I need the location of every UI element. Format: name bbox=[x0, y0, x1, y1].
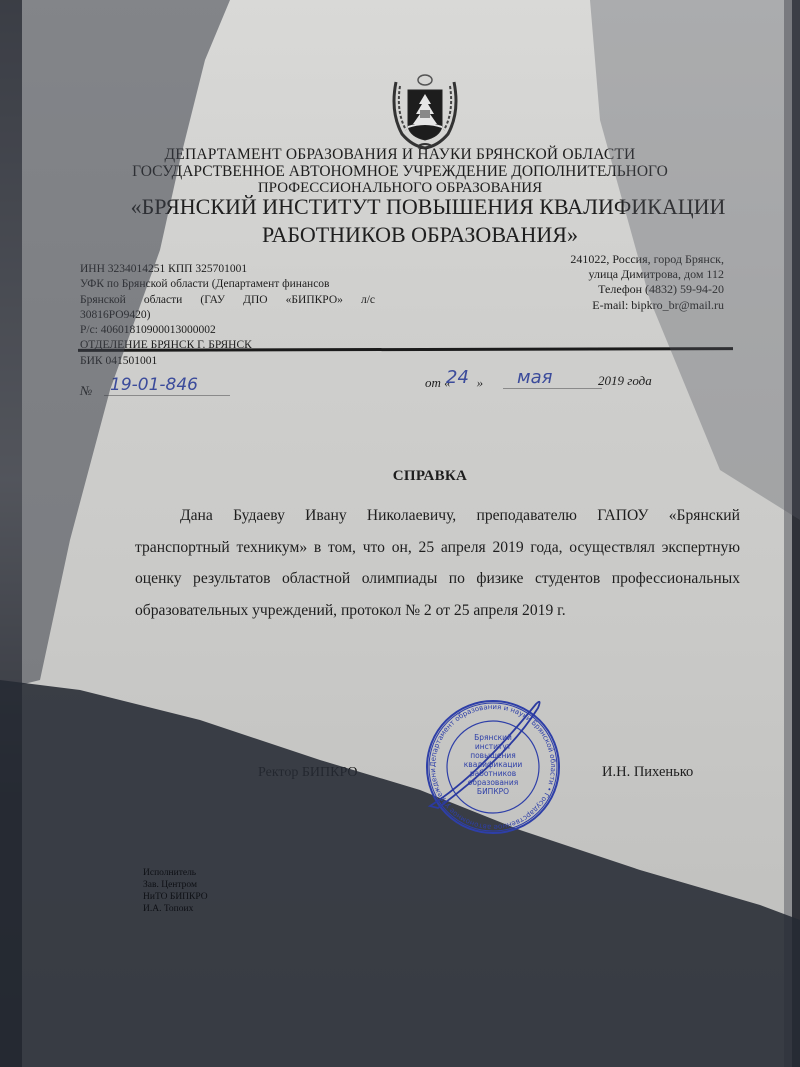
institution-name-line-1: «БРЯНСКИЙ ИНСТИТУТ ПОВЫШЕНИЯ КВАЛИФИКАЦИ… bbox=[28, 194, 800, 220]
reference-number-label: № bbox=[80, 383, 92, 399]
official-stamp-icon: Департамент образования и науки Брянской… bbox=[418, 696, 568, 838]
signatory-position: Ректор БИПКРО bbox=[258, 765, 358, 781]
requisite-line: БИК 041501001 bbox=[80, 354, 375, 369]
contact-address: 241022, Россия, город Брянск, улица Дими… bbox=[570, 252, 724, 313]
institution-name-line-2: РАБОТНИКОВ ОБРАЗОВАНИЯ» bbox=[20, 222, 800, 248]
signatory-name: И.Н. Пихенько bbox=[602, 764, 693, 781]
document-title: СПРАВКА bbox=[0, 468, 800, 485]
requisite-line: 30816РО9420) bbox=[80, 308, 375, 323]
executor-line: Исполнитель bbox=[143, 867, 208, 879]
department-heading: ДЕПАРТАМЕНТ ОБРАЗОВАНИЯ И НАУКИ БРЯНСКОЙ… bbox=[0, 146, 800, 164]
requisite-line: Р/с: 40601810900013000002 bbox=[80, 323, 375, 338]
date-month-handwritten: мая bbox=[503, 367, 602, 389]
date-year: 2019 года bbox=[598, 373, 652, 389]
reference-number-handwritten: 19-01-846 bbox=[104, 375, 230, 396]
executor-line: И.А. Топоих bbox=[143, 903, 208, 915]
executor-line: НиТО БИПКРО bbox=[143, 891, 208, 903]
requisite-line: ИНН 3234014251 КПП 325701001 bbox=[80, 262, 375, 277]
coat-of-arms-icon bbox=[388, 72, 462, 152]
requisite-line: Брянской области (ГАУ ДПО «БИПКРО» л/с bbox=[80, 293, 375, 308]
address-line: улица Димитрова, дом 112 bbox=[570, 267, 724, 282]
svg-text:образования: образования bbox=[468, 778, 518, 787]
executor-block: Исполнитель Зав. Центром НиТО БИПКРО И.А… bbox=[143, 867, 208, 915]
date-day-handwritten: 24 bbox=[446, 367, 469, 388]
email-line: E-mail: bipkro_br@mail.ru bbox=[570, 298, 724, 313]
institution-type-line-1: ГОСУДАРСТВЕННОЕ АВТОНОМНОЕ УЧРЕЖДЕНИЕ ДО… bbox=[0, 163, 800, 181]
address-line: 241022, Россия, город Брянск, bbox=[570, 252, 724, 267]
phone-line: Телефон (4832) 59-94-20 bbox=[570, 282, 724, 297]
certificate-body: Дана Будаеву Ивану Николаевичу, преподав… bbox=[135, 500, 740, 626]
requisite-line: УФК по Брянской области (Департамент фин… bbox=[80, 277, 375, 292]
executor-line: Зав. Центром bbox=[143, 879, 208, 891]
bank-requisites: ИНН 3234014251 КПП 325701001 УФК по Брян… bbox=[80, 262, 375, 369]
svg-text:БИПКРО: БИПКРО bbox=[477, 787, 509, 796]
